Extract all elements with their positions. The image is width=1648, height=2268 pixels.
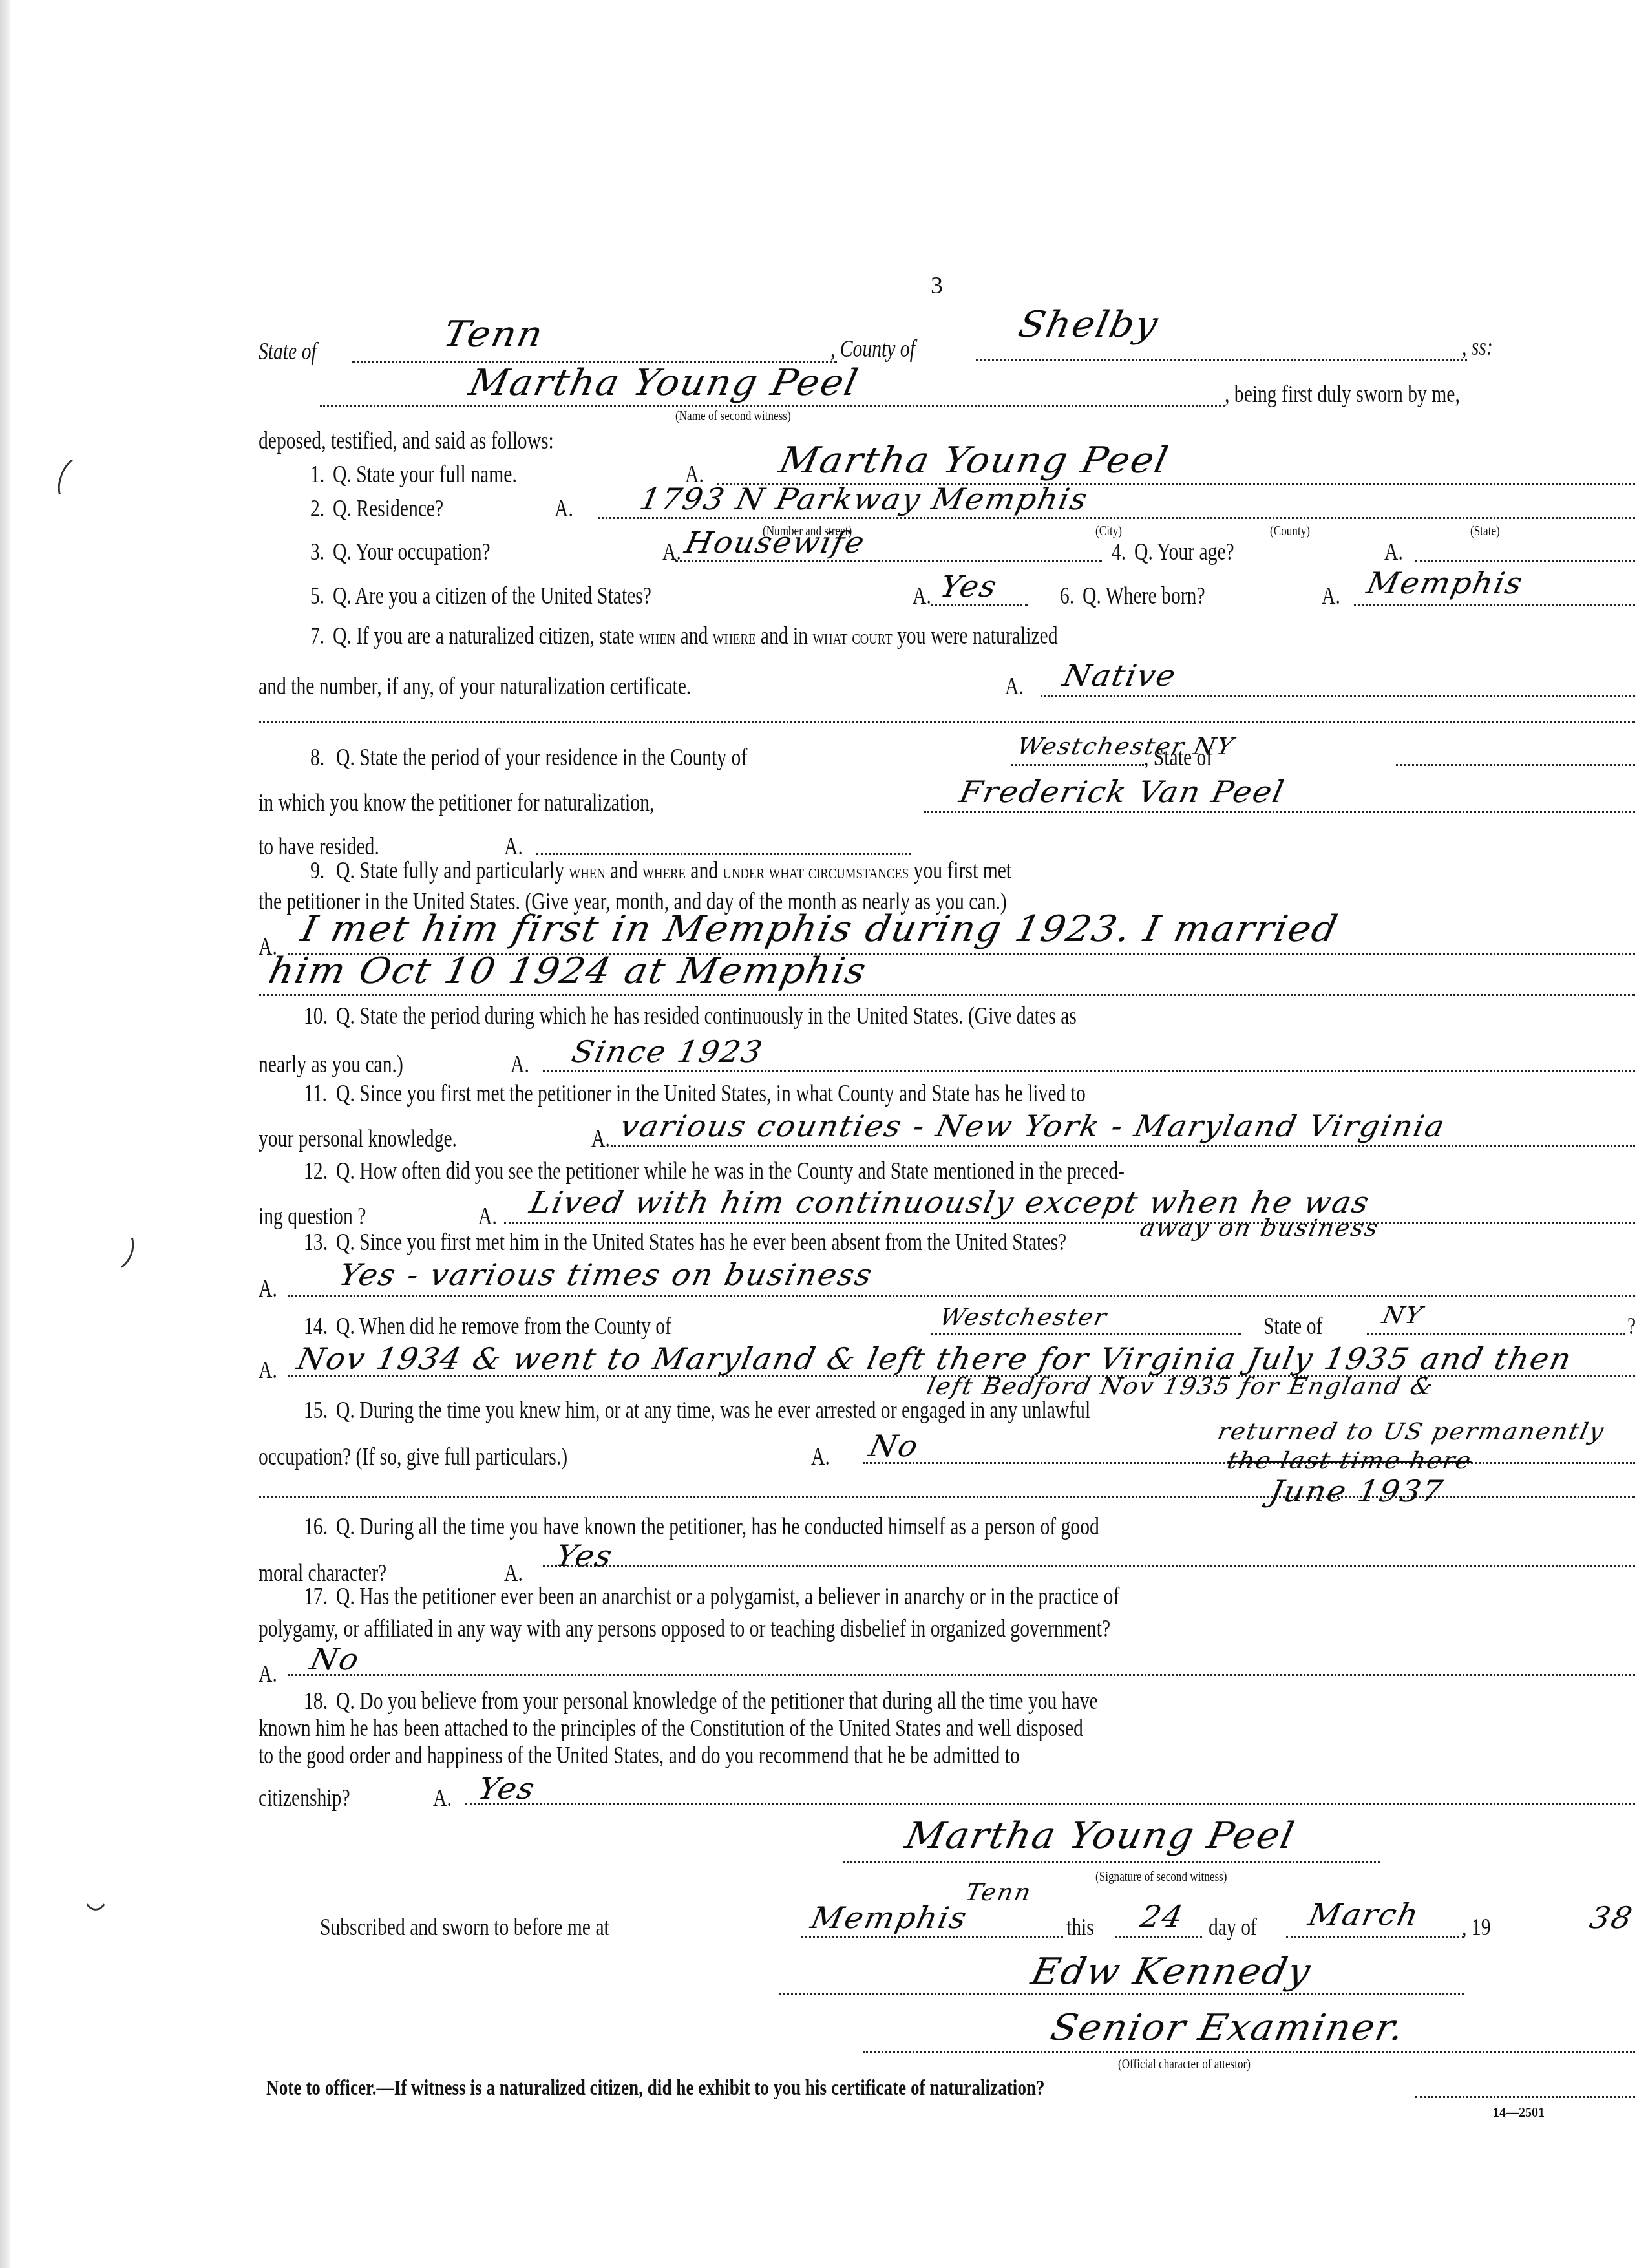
q9-text: Q. State fully and particularly when and… <box>336 856 1011 885</box>
q14-number: 14. <box>304 1312 328 1341</box>
q2-caption-city: (City) <box>1095 522 1122 539</box>
q7-a-label: A. <box>1005 672 1024 701</box>
q4-number: 4. <box>1112 538 1126 566</box>
q6-a-label: A. <box>1322 582 1340 610</box>
witness-name-line <box>320 405 1225 407</box>
q13-a-label: A. <box>259 1275 277 1303</box>
q18-number: 18. <box>304 1687 328 1715</box>
q10-answer-line <box>543 1070 1635 1072</box>
jurat-year-prefix: , 19 <box>1462 1913 1490 1942</box>
state-label: State of <box>259 337 317 366</box>
q7-extra-line <box>259 721 1635 723</box>
jurat-day-of-label: day of <box>1209 1913 1257 1942</box>
q9-answer-line1: I met him first in Memphis during 1923. … <box>297 908 1342 950</box>
q5-text: Q. Are you a citizen of the United State… <box>333 582 651 610</box>
q6-answer: Memphis <box>1364 566 1527 600</box>
note-to-officer: Note to officer.—If witness is a natural… <box>266 2076 1045 2101</box>
q16-text: Q. During all the time you have known th… <box>336 1512 1099 1541</box>
q14-text: Q. When did he remove from the County of <box>336 1312 671 1341</box>
q14-county-line <box>931 1333 1241 1335</box>
q18-line2: known him he has been attached to the pr… <box>259 1714 1083 1743</box>
q12-a-label: A. <box>478 1202 497 1231</box>
q8-text: Q. State the period of your residence in… <box>336 743 747 772</box>
q12-answer: Lived with him continuously except when … <box>527 1185 1373 1220</box>
q1-number: 1. <box>310 460 324 489</box>
q15-answer: No <box>866 1428 922 1463</box>
q15-number: 15. <box>304 1396 328 1425</box>
q16-number: 16. <box>304 1512 328 1541</box>
q9-answer-line-2 <box>259 994 1635 996</box>
q11-answer-line <box>611 1145 1635 1147</box>
jurat-place-above: Tenn <box>963 1880 1034 1906</box>
q2-number: 2. <box>310 494 324 523</box>
q5-answer: Yes <box>937 569 1001 604</box>
jurat-place-line <box>801 1936 1063 1938</box>
q3-number: 3. <box>310 538 324 566</box>
q2-text: Q. Residence? <box>333 494 443 523</box>
q10-a-label: A. <box>511 1050 529 1079</box>
attestor-signature-line <box>779 1993 1464 1995</box>
jurat-day-line <box>1115 1936 1202 1938</box>
q4-a-label: A. <box>1384 538 1403 566</box>
q7-number: 7. <box>310 622 324 650</box>
q16-answer-line <box>543 1565 1635 1567</box>
q18-answer-line <box>465 1803 1635 1805</box>
q12-answer-cont: away on business <box>1137 1215 1382 1242</box>
q14-a-label: A. <box>259 1356 277 1384</box>
q9-text-b: you first met <box>914 857 1011 884</box>
q7-where: where <box>713 624 756 649</box>
q14-state-answer: NY <box>1380 1302 1426 1329</box>
q9-text-a: Q. State fully and particularly <box>336 857 564 884</box>
q1-answer: Martha Young Peel <box>776 440 1173 482</box>
witness-signature: Martha Young Peel <box>902 1815 1299 1857</box>
margin-mark <box>52 452 96 508</box>
q13-answer: Yes - various times on business <box>336 1257 876 1292</box>
q5-answer-line <box>931 604 1028 606</box>
q7-answer-line <box>1041 695 1635 697</box>
deposed-text: deposed, testified, and said as follows: <box>259 427 554 455</box>
q12-number: 12. <box>304 1157 328 1185</box>
q10-number: 10. <box>304 1002 328 1030</box>
q7-court: what court <box>812 624 892 649</box>
q8-county-line <box>1011 764 1144 766</box>
q14-qmark: ? <box>1627 1312 1636 1341</box>
q11-answer: various counties - New York - Maryland V… <box>617 1108 1449 1143</box>
q18-a-label: A. <box>433 1784 452 1812</box>
note-answer-line <box>1415 2096 1635 2098</box>
q11-text: Q. Since you first met the petitioner in… <box>336 1079 1086 1108</box>
q17-a-label: A. <box>259 1660 277 1688</box>
county-line <box>976 359 1467 361</box>
q12-line2: ing question ? <box>259 1202 366 1231</box>
q9-answer-line2: him Oct 10 1924 at Memphis <box>265 950 871 992</box>
q5-number: 5. <box>310 582 324 610</box>
form-number: 14—2501 <box>1493 2106 1545 2121</box>
jurat-prefix: Subscribed and sworn to before me at <box>320 1913 609 1942</box>
witness-name-caption: (Name of second witness) <box>675 407 791 424</box>
jurat-month: March <box>1305 1897 1422 1932</box>
q11-a-label: A. <box>591 1125 610 1153</box>
q8-line2: in which you know the petitioner for nat… <box>259 789 654 817</box>
q7-line2: and the number, if any, of your naturali… <box>259 672 691 701</box>
q18-answer: Yes <box>475 1771 539 1806</box>
q3-answer-line <box>675 560 1102 562</box>
q7-when: when <box>639 624 675 649</box>
q14-county-answer: Westchester <box>937 1304 1110 1331</box>
q9-and: and <box>610 857 638 884</box>
witness-name-answer: Martha Young Peel <box>465 362 863 404</box>
jurat-year-suffix: 38 <box>1587 1900 1636 1935</box>
q17-answer: No <box>307 1642 363 1677</box>
q15-side-note-2: the last time here <box>1225 1448 1474 1474</box>
q17-line2: polygamy, or affiliated in any way with … <box>259 1615 1110 1643</box>
q15-a-label: A. <box>811 1443 830 1471</box>
witness-name-suffix: , being first duly sworn by me, <box>1225 380 1460 408</box>
attestor-signature: Edw Kennedy <box>1028 1951 1315 1993</box>
witness-signature-caption: (Signature of second witness) <box>1095 1868 1227 1885</box>
jurat-day: 24 <box>1137 1899 1187 1934</box>
q17-text: Q. Has the petitioner ever been an anarc… <box>336 1582 1119 1611</box>
q3-answer: Housewife <box>682 525 869 560</box>
q4-answer-line <box>1415 560 1635 562</box>
q2-a-label: A. <box>555 494 573 523</box>
jurat-place: Memphis <box>808 1900 971 1935</box>
q10-line2: nearly as you can.) <box>259 1050 403 1079</box>
q11-number: 11. <box>304 1079 327 1108</box>
q12-answer-line <box>504 1222 1635 1224</box>
q11-line2: your personal knowledge. <box>259 1125 457 1153</box>
q13-number: 13. <box>304 1228 328 1256</box>
q9-number: 9. <box>310 856 324 885</box>
q14-state-line <box>1367 1333 1625 1335</box>
official-character-line <box>863 2051 1635 2053</box>
q4-text: Q. Your age? <box>1134 538 1234 566</box>
q17-number: 17. <box>304 1582 328 1611</box>
state-answer: Tenn <box>439 313 547 355</box>
q8-number: 8. <box>310 743 324 772</box>
q8-answer-line <box>536 853 911 855</box>
q9-when: when <box>569 858 606 884</box>
margin-mark <box>81 1861 111 1911</box>
q10-text: Q. State the period during which he has … <box>336 1002 1077 1030</box>
q15-text: Q. During the time you knew him, or at a… <box>336 1396 1090 1425</box>
q15-extra-line <box>259 1496 1635 1498</box>
q5-a-label: A. <box>913 582 931 610</box>
q7-text-b: you were naturalized <box>897 622 1058 650</box>
q13-answer-line <box>288 1295 1635 1297</box>
q2-caption-county: (County) <box>1270 522 1310 539</box>
q16-answer: Yes <box>553 1538 617 1573</box>
q7-text-a: Q. If you are a naturalized citizen, sta… <box>333 622 635 650</box>
q18-line3: to the good order and happiness of the U… <box>259 1741 1020 1770</box>
official-character-caption: (Official character of attestor) <box>1118 2055 1251 2072</box>
q7-text: Q. If you are a naturalized citizen, sta… <box>333 622 1058 650</box>
q2-answer-line <box>598 517 1635 519</box>
q14-answer: Nov 1934 & went to Maryland & left there… <box>294 1341 1576 1376</box>
q8-state-line <box>1396 764 1635 766</box>
q7-answer: Native <box>1060 658 1180 693</box>
q18-text: Q. Do you believe from your personal kno… <box>336 1687 1098 1715</box>
scan-edge-shadow <box>0 0 10 2268</box>
jurat-month-line <box>1286 1936 1464 1938</box>
q3-a-label: A. <box>662 538 681 566</box>
q3-text: Q. Your occupation? <box>333 538 491 566</box>
q8-state-label: , State of <box>1144 743 1212 772</box>
county-answer: Shelby <box>1015 304 1163 346</box>
q2-caption-state: (State) <box>1470 522 1500 539</box>
q9-where: where <box>642 858 686 884</box>
q12-text: Q. How often did you see the petitioner … <box>336 1157 1125 1185</box>
q6-text: Q. Where born? <box>1083 582 1205 610</box>
q9-and2: and <box>690 857 718 884</box>
jurat-this-label: this <box>1066 1913 1094 1942</box>
q13-text: Q. Since you first met him in the United… <box>336 1228 1066 1256</box>
county-label: , County of <box>830 335 915 363</box>
q8-petitioner-line <box>924 811 1635 813</box>
page-number: 3 <box>931 271 943 300</box>
q1-text: Q. State your full name. <box>333 460 517 489</box>
official-signature: Senior Examiner. <box>1047 2007 1409 2049</box>
q7-and: and <box>681 622 708 650</box>
q14-state-label: State of <box>1263 1312 1322 1341</box>
q2-answer: 1793 N Parkway Memphis <box>637 482 1092 516</box>
q6-answer-line <box>1354 604 1635 606</box>
q10-answer: Since 1923 <box>569 1034 766 1069</box>
ss-label: , ss: <box>1462 333 1493 361</box>
q15-line2: occupation? (If so, give full particular… <box>259 1443 567 1471</box>
q15-side-note-3: June 1937 <box>1267 1474 1447 1509</box>
margin-mark <box>97 1224 140 1275</box>
q8-petitioner: Frederick Van Peel <box>956 774 1288 809</box>
q17-answer-line <box>288 1674 1635 1676</box>
q15-side-note-1: returned to US permanently <box>1215 1419 1607 1445</box>
q7-and-in: and in <box>761 622 808 650</box>
q9-circumstances: under what circumstances <box>723 858 909 884</box>
q18-line4: citizenship? <box>259 1784 350 1812</box>
witness-signature-line <box>843 1861 1380 1863</box>
q6-number: 6. <box>1060 582 1074 610</box>
